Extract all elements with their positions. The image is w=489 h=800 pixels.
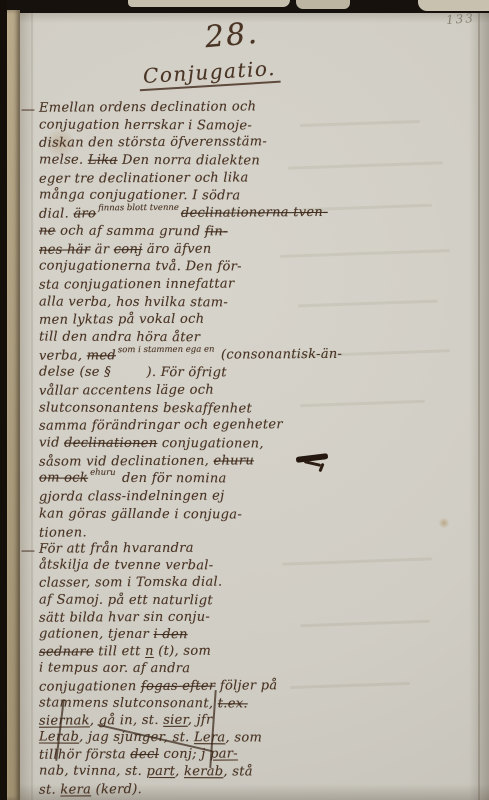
manuscript-paragraph: För att från hvarandraåtskilja de tvenne…	[39, 540, 265, 798]
binding-edge	[6, 10, 20, 800]
paper-stain	[438, 518, 450, 528]
handwritten-line: dial. ärofinnas blott tvennedeclinatione…	[39, 204, 265, 223]
handwritten-line: vid declinationen conjugationen,	[39, 435, 265, 454]
handwritten-line: sta conjugationen innefattar	[39, 275, 265, 294]
manuscript-paragraph: Emellan ordens declination ochconjugatio…	[39, 99, 265, 541]
handwritten-line: conjugation herrskar i Samoje-	[39, 116, 265, 135]
handwritten-line: ne och af samma grund fin-	[39, 222, 265, 241]
handwritten-line: Emellan ordens declination och	[39, 98, 265, 117]
handwritten-line: sednare till ett n (t), som	[39, 642, 265, 661]
handwritten-line: gationen, tjenar i den	[39, 625, 265, 643]
handwritten-line: slutconsonantens beskaffenhet	[39, 399, 265, 418]
paragraph-dash: —	[21, 102, 35, 118]
handwritten-line: melse. Lika Den norra dialekten	[39, 152, 265, 171]
photo-frame-left	[0, 0, 7, 800]
handwritten-line: alla verba, hos hvilka stam-	[39, 293, 265, 312]
folio-number: 133	[446, 11, 476, 27]
handwritten-line: samma förändringar och egenheter	[39, 417, 265, 436]
underlying-page-edge	[296, 0, 350, 9]
ink-blot	[296, 451, 338, 475]
handwritten-line: diskan den största öfverensstäm-	[39, 134, 265, 153]
handwritten-line: conjugationen fogas efter följer på	[39, 677, 265, 696]
underlying-page-edge	[128, 0, 290, 7]
underlying-page-edge	[418, 0, 489, 11]
manuscript-photo: 133 28. Conjugatio. — Emellan ordens dec…	[0, 0, 489, 800]
handwritten-line: stammens slutconsonant, t.ex.	[39, 694, 265, 712]
handwritten-line: i tempus aor. af andra	[39, 660, 265, 678]
handwritten-line: tillhör första decl conj; j par-	[39, 746, 265, 765]
handwritten-line: sätt bilda hvar sin conju-	[39, 608, 265, 627]
handwritten-line: vållar accentens läge och	[39, 381, 265, 400]
book-edge-top	[0, 0, 489, 13]
page-edge-line	[478, 11, 480, 800]
ink-blot-stroke	[304, 460, 321, 467]
handwritten-line: För att från hvarandra	[39, 539, 265, 558]
handwritten-line: siernak, gå in, st. sier, jfr	[39, 711, 265, 730]
handwritten-line: nes här är conj äro äfven	[39, 240, 265, 259]
handwritten-line: gjorda class-indelningen ej	[39, 487, 265, 506]
handwritten-line: verba, medsom i stammen ega en (consonan…	[39, 346, 265, 365]
handwritten-line: åtskilja de tvenne verbal-	[39, 557, 265, 575]
handwritten-line: delse (se § ). För öfrigt	[39, 364, 265, 383]
handwritten-line: såsom vid declinationen, ehuru	[39, 452, 265, 471]
handwritten-line: classer, som i Tomska dial.	[39, 574, 265, 593]
paper-crease-left	[31, 11, 33, 800]
handwritten-line: kan göras gällande i conjuga-	[39, 505, 265, 524]
handwritten-line: st. kera (kerd).	[39, 780, 265, 799]
handwritten-line: conjugationerna två. Den för-	[39, 258, 265, 277]
handwritten-line: men lyktas på vokal och	[39, 311, 265, 330]
handwritten-line: om ockehuru den för nomina	[39, 470, 265, 489]
handwritten-line: af Samoj. på ett naturligt	[39, 591, 265, 609]
handwritten-line: eger tre declinationer och lika	[39, 169, 265, 188]
handwritten-line: nab, tvinna, st. part, kerab, stå	[39, 763, 265, 781]
paragraph-dash: —	[21, 543, 35, 559]
page-heading: 28.	[204, 16, 261, 56]
